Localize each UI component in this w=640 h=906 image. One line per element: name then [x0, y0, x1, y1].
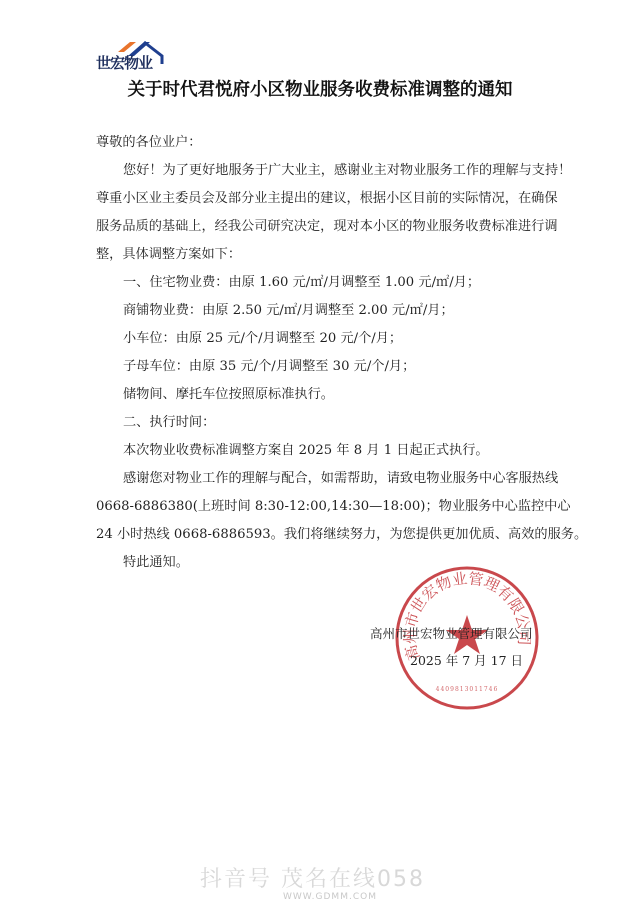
intro-line: 整，具体调整方案如下：	[96, 241, 556, 269]
fee-item-parking: 小车位：由原 25 元/个/月调整至 20 元/个/月；	[96, 325, 556, 353]
svg-text:4409813011746: 4409813011746	[436, 686, 499, 693]
notice-body: 尊敬的各位业户： 您好！为了更好地服务于广大业主，感谢业主对物业服务工作的理解与…	[96, 129, 556, 577]
watermark-url: WWW.GDMM.COM	[283, 892, 377, 902]
fee-item-residential: 一、住宅物业费：由原 1.60 元/㎡/月调整至 1.00 元/㎡/月；	[96, 269, 556, 297]
fee-item-double-parking: 子母车位：由原 35 元/个/月调整至 30 元/个/月；	[96, 353, 556, 381]
company-logo: 世宏物业	[96, 38, 168, 70]
effective-date: 本次物业收费标准调整方案自 2025 年 8 月 1 日起正式执行。	[96, 437, 556, 465]
contact-line: 24 小时热线 0668-6886593。我们将继续努力，为您提供更加优质、高效…	[96, 521, 556, 549]
intro-line: 尊重小区业主委员会及部分业主提出的建议，根据小区目前的实际情况，在确保	[96, 185, 556, 213]
fee-item-shop: 商铺物业费：由原 2.50 元/㎡/月调整至 2.00 元/㎡/月；	[96, 297, 556, 325]
fee-item-storage: 储物间、摩托车位按照原标准执行。	[96, 381, 556, 409]
signature-date: 2025 年 7 月 17 日	[410, 651, 523, 669]
intro-line: 服务品质的基础上，经我公司研究决定，现对本小区的物业服务收费标准进行调	[96, 213, 556, 241]
section-heading-time: 二、执行时间：	[96, 409, 556, 437]
notice-title: 关于时代君悦府小区物业服务收费标准调整的通知	[0, 76, 640, 101]
signature-company: 高州市世宏物业管理有限公司	[370, 624, 533, 642]
watermark-text: 抖音号 茂名在线058	[200, 862, 425, 893]
contact-line: 0668-6886380(上班时间 8:30-12:00,14:30—18:00…	[96, 493, 556, 521]
intro-line: 您好！为了更好地服务于广大业主，感谢业主对物业服务工作的理解与支持！	[96, 157, 556, 185]
logo-text: 世宏物业	[96, 52, 152, 73]
contact-line: 感谢您对物业工作的理解与配合，如需帮助，请致电物业服务中心客服热线	[96, 465, 556, 493]
salutation: 尊敬的各位业户：	[96, 129, 556, 157]
